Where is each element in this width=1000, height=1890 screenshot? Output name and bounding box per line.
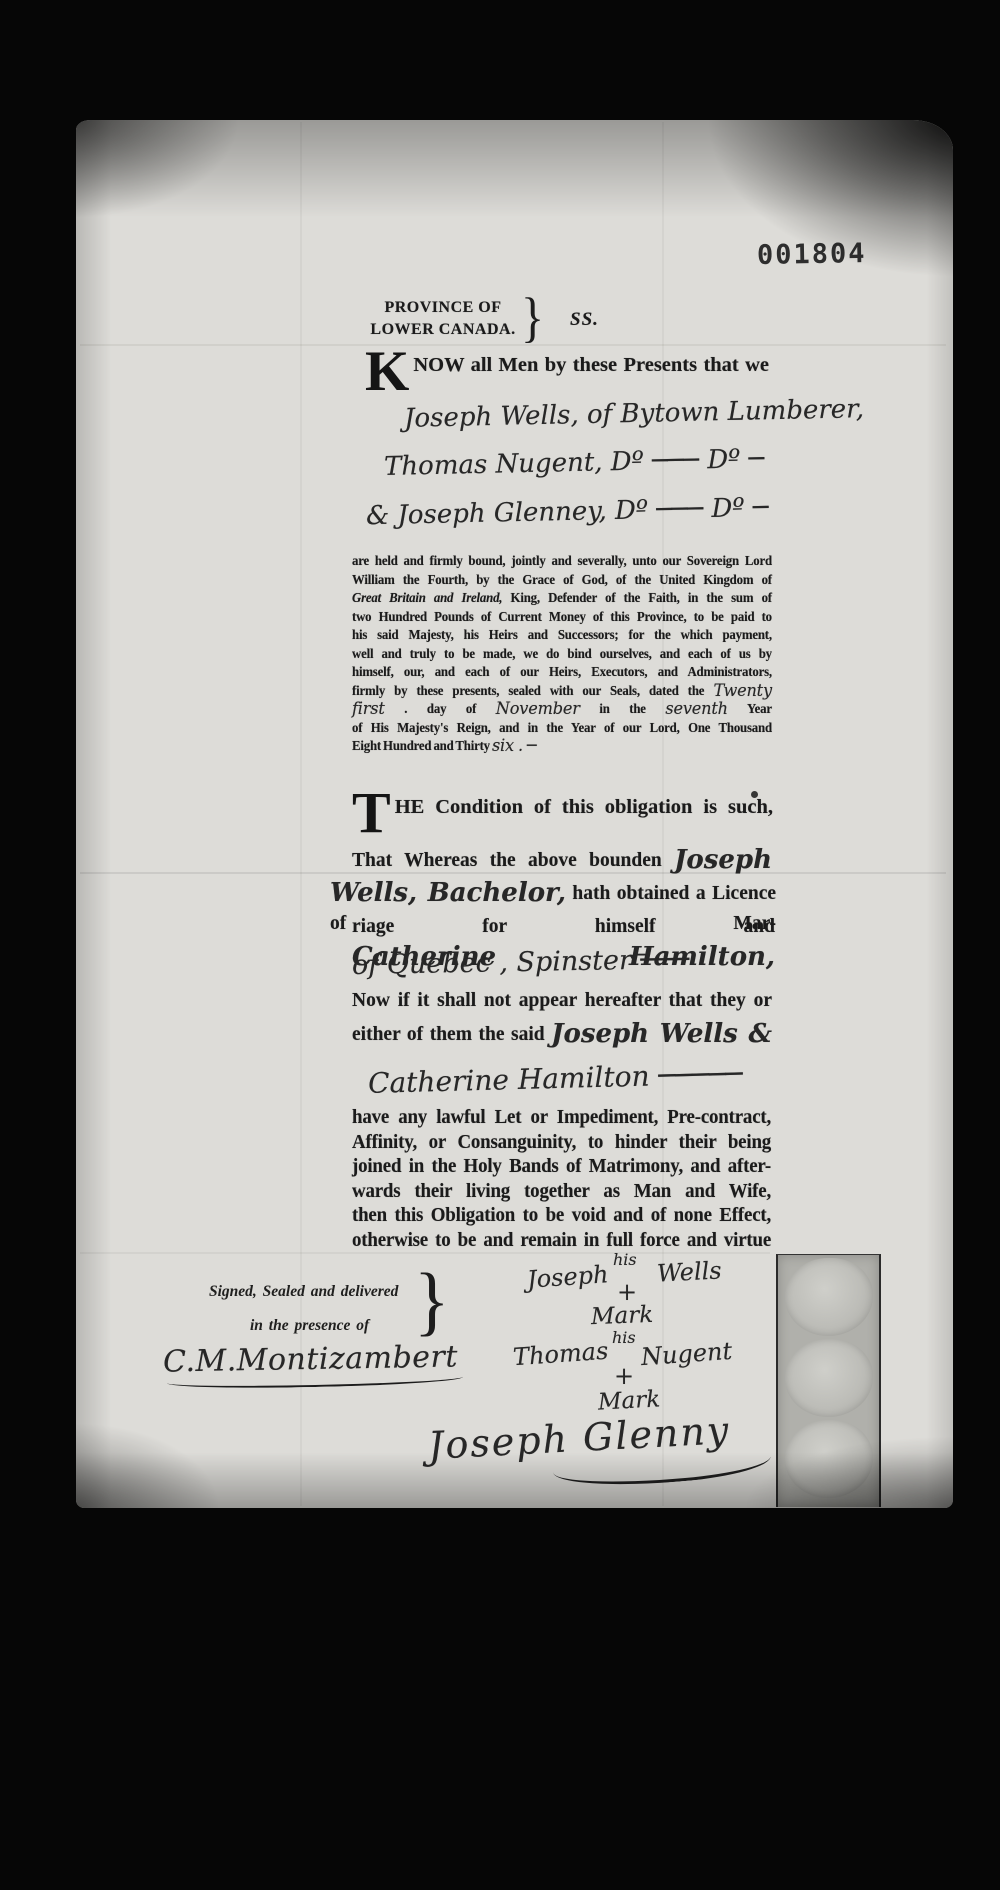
bond-line: well and truly to be made, we do bind ou… [352,645,772,664]
opening-text: NOW all Men by these Presents that we [413,349,769,395]
condition-print: That Whereas the above bounden [352,850,662,871]
condition-heading: T HE Condition of this obligation is suc… [352,789,773,837]
bond-line: two Hundred Pounds of Current Money of t… [352,608,772,627]
handwritten-date-word: Twenty [713,681,771,701]
bond-line-print: firmly by these presents, sealed with ou… [352,683,704,698]
province-header: PROVINCE OF LOWER CANADA. [366,297,520,341]
attestation-line-1: Signed, Sealed and delivered [209,1283,398,1301]
closing-line: Affinity, or Consanguinity, to hinder th… [352,1131,771,1156]
his-label: his [613,1250,637,1269]
condition-line: Now if it shall not appear hereafter tha… [352,986,772,1019]
bond-line-print: Eight Hundred and Thirty [352,738,490,753]
opening-declaration: K NOW all Men by these Presents that we [365,349,769,395]
bond-line: firmly by these presents, sealed with ou… [352,682,772,701]
signatory-first-name: Joseph [526,1260,609,1294]
bond-line: his said Majesty, his Heirs and Successo… [352,626,772,645]
condition-print: riage for himself and [352,916,775,937]
condition-line: riage for himself and Catherine Hamilton… [352,912,775,945]
dropcap-t: T [352,789,391,837]
bond-line: of His Majesty's Reign, and in the Year … [352,719,772,738]
bond-line: first . day of November in the seventh Y… [352,700,772,719]
condition-print: either of them the said [352,1024,545,1045]
closing-paragraph: have any lawful Let or Impediment, Pre-c… [352,1106,771,1254]
condition-line: That Whereas the above bounden Joseph [352,845,772,878]
condition-heading-text: HE Condition of this obligation is such, [395,789,773,837]
handwritten-regnal-year: seventh [665,699,727,719]
mark-cross: + [614,1362,634,1390]
closing-line: wards their living together as Man and W… [352,1180,771,1205]
closing-line: then this Obligation to be void and of n… [352,1204,771,1229]
bond-line: himself, our, and each of our Heirs, Exe… [352,663,772,682]
closing-line: otherwise to be and remain in full force… [352,1229,771,1254]
header-brace: } [521,288,544,348]
seal-strip [776,1254,881,1507]
closing-line: joined in the Holy Bands of Matrimony, a… [352,1155,771,1180]
bond-line: Great Britain and Ireland, King, Defende… [352,589,772,608]
registry-stamp-number: 001804 [757,238,867,271]
attestation-brace: } [414,1260,450,1342]
scanned-document-photo: 001804 PROVINCE OF LOWER CANADA. } SS. K… [0,0,1000,1890]
dropcap-k: K [365,349,409,395]
bond-line: William the Fourth, by the Grace of God,… [352,571,772,590]
bond-line-print: . day of [404,701,476,716]
mark-label: Mark [591,1302,654,1330]
province-line-1: PROVINCE OF [366,297,520,319]
closing-line: have any lawful Let or Impediment, Pre-c… [352,1106,771,1131]
handwritten-groom-first-name: Joseph [674,845,772,875]
wax-seal-impression [785,1420,873,1498]
ss-abbreviation: SS. [570,309,599,331]
bond-line: are held and firmly bound, jointly and s… [352,552,772,571]
bond-paragraph: are held and firmly bound, jointly and s… [352,552,772,756]
bond-line-rest: King, Defender of the Faith, in the sum … [511,590,772,605]
bond-line-italic: Great Britain and Ireland, [352,590,502,605]
wax-seal-impression [785,1258,873,1336]
bond-line-print: in the [599,701,645,716]
handwritten-groom-surname-status: Wells, Bachelor, [330,878,566,908]
signatory-last-name: Wells [656,1256,722,1287]
his-label: his [612,1328,636,1347]
condition-line: Wells, Bachelor, hath obtained a Licence… [330,878,776,911]
handwritten-bride-residence: of Quebec , Spinster ─── [352,944,690,981]
bond-line-print: Year [747,701,772,716]
handwritten-year-word: six . ─ [492,736,536,756]
province-line-2: LOWER CANADA. [366,319,520,341]
condition-line: either of them the said Joseph Wells & [352,1019,772,1052]
attestation-line-2: in the presence of [250,1317,369,1335]
bond-line: Eight Hundred and Thirty six . ─ [352,737,772,756]
wax-seal-impression [785,1339,873,1417]
handwritten-groom-name: Joseph Wells & [551,1019,772,1049]
handwritten-month: November [496,699,580,719]
handwritten-date-word: first [352,699,385,719]
